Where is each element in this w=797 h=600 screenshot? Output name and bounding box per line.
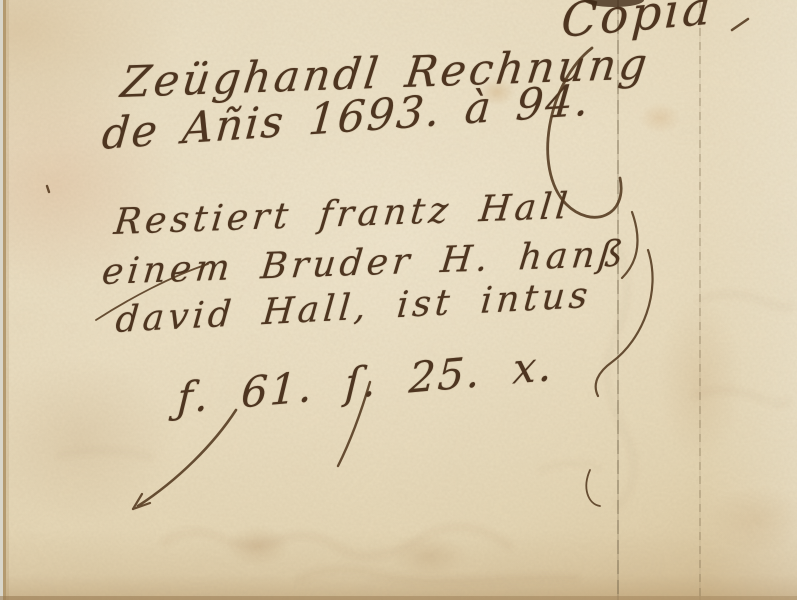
amount-line: ƒ. 61. ſ. 25. x. (176, 341, 555, 423)
fold-crease-right (699, 0, 701, 600)
manuscript-page: Copia Zeüghandl Rechnung de Añis 1693. à… (0, 0, 797, 600)
page-left-edge (0, 0, 9, 600)
page-bottom-edge (0, 596, 797, 600)
body-line-1: Restiert frantz Hall (112, 186, 573, 243)
